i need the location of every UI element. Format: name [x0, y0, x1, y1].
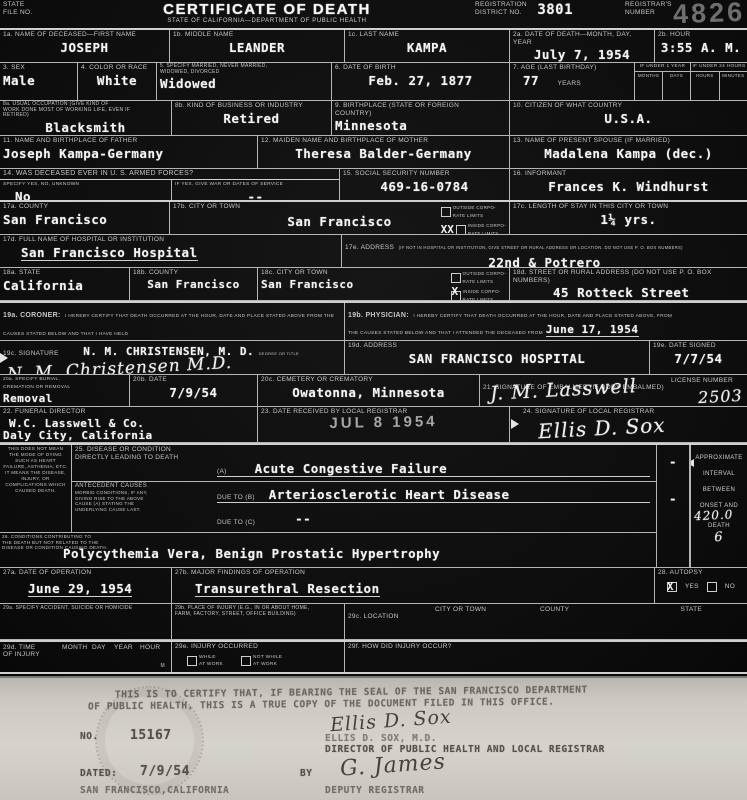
row-time-of-injury: 29d. TIME OF INJURY MONTH DAY YEAR HOUR …: [0, 640, 747, 674]
field-usual-occupation-value: Blacksmith: [3, 120, 168, 135]
field-burial-type-value: Removal: [3, 392, 126, 405]
row-accident: 29a. SPECIFY ACCIDENT, SUICIDE OR HOMICI…: [0, 604, 747, 640]
cause-c-line: DUE TO (C) --: [217, 510, 650, 526]
cause-c-value: --: [295, 511, 311, 526]
field-armed-forces-answer: SPECIFY YES, NO, UNKNOWN No: [0, 180, 172, 201]
coroner-heading: 19a. CORONER:: [3, 312, 61, 319]
field-date-of-birth-label: 6. DATE OF BIRTH: [335, 64, 506, 72]
minutes-subcolumn-label: MINUTES: [720, 72, 747, 80]
print-marker-arrow: [511, 419, 519, 429]
field-hospital-name: 17d. FULL NAME OF HOSPITAL OR INSTITUTIO…: [0, 235, 342, 267]
field-hospital-address: 17e. ADDRESS (IF NOT IN HOSPITAL OR INST…: [342, 235, 747, 267]
field-first-name-value: JOSEPH: [3, 40, 166, 55]
field-place-of-injury: 29b. PLACE OF INJURY (E.G., IN OR ABOUT …: [172, 604, 345, 639]
injury-hour-label: HOUR: [140, 644, 160, 652]
residence-outside-limits-label: OUTSIDE CORPO- RATE LIMITS: [463, 270, 506, 285]
row-name: 1a. NAME OF DECEASED—FIRST NAME JOSEPH 1…: [0, 30, 747, 63]
field-date-signed: 19e. DATE SIGNED 7/7/54: [650, 341, 747, 374]
field-age-under-1-year-label: IF UNDER 1 YEAR: [635, 63, 690, 72]
months-subcolumn-label: MONTHS: [635, 72, 662, 80]
field-length-of-stay-label: 17c. LENGTH OF STAY IN THIS CITY OR TOWN: [513, 203, 744, 211]
interval-dash-column: - -: [656, 445, 690, 567]
field-burial-type: 20a. SPECIFY BURIAL, CREMATION OR REMOVA…: [0, 375, 130, 406]
license-number-label: LICENSE NUMBER: [671, 377, 733, 385]
cause-b-value: Arteriosclerotic Heart Disease: [269, 487, 510, 502]
field-26-conditions: 26. CONDITIONS CONTRIBUTING TO THE DEATH…: [0, 533, 656, 567]
by-label: BY: [300, 768, 312, 779]
field-spouse-label: 13. NAME OF PRESENT SPOUSE (IF MARRIED): [513, 137, 744, 145]
field-burial-date: 20b. DATE 7/9/54: [130, 375, 258, 406]
injury-state-label: STATE: [681, 606, 702, 614]
field-hour-of-death-value: 3:55 A. M.: [658, 40, 744, 55]
physician-attended-to-date: July 7, 1954: [358, 339, 443, 340]
field-major-findings-label: 27b. MAJOR FINDINGS OF OPERATION: [175, 569, 651, 577]
field-25-disease: THIS DOES NOT MEAN THE MODE OF DYING SUC…: [0, 445, 656, 533]
field-business-or-industry-value: Retired: [175, 111, 328, 126]
field-funeral-director-label: 22. FUNERAL DIRECTOR: [3, 408, 254, 416]
field-autopsy-label: 28. AUTOPSY: [658, 569, 744, 577]
field-length-of-stay: 17c. LENGTH OF STAY IN THIS CITY OR TOWN…: [510, 202, 747, 234]
disease-condition-label: 25. DISEASE OR CONDITION DIRECTLY LEADIN…: [75, 446, 214, 461]
field-father-value: Joseph Kampa-Germany: [3, 146, 254, 161]
autopsy-yes-label: YES: [685, 583, 699, 591]
registration-district-label: REGISTRATION DISTRICT NO.: [475, 1, 527, 16]
field-armed-forces-answer-value: No: [15, 189, 168, 200]
field-hospital-name-label: 17d. FULL NAME OF HOSPITAL OR INSTITUTIO…: [3, 236, 338, 244]
autopsy-yes-mark: X: [667, 580, 674, 593]
field-armed-forces-answer-label: SPECIFY YES, NO, UNKNOWN: [3, 181, 168, 189]
field-first-name-label: 1a. NAME OF DECEASED—FIRST NAME: [3, 31, 166, 39]
physician-heading: 19b. PHYSICIAN:: [348, 312, 409, 319]
cause-b-tag: DUE TO (B): [217, 494, 255, 502]
field-sex: 3. SEX Male: [0, 63, 78, 100]
row-hospital: 17d. FULL NAME OF HOSPITAL OR INSTITUTIO…: [0, 235, 747, 268]
field-armed-forces: 14. WAS DECEASED EVER IN U. S. ARMED FOR…: [0, 169, 340, 200]
field-ssn-label: 15. SOCIAL SECURITY NUMBER: [343, 170, 506, 178]
conditions-contributing-value: Polycythemia Vera, Benign Prostatic Hype…: [63, 546, 653, 561]
field-ssn-value: 469-16-0784: [343, 179, 506, 194]
field-major-findings-value: Transurethral Resection: [195, 581, 380, 597]
field-date-of-operation: 27a. DATE OF OPERATION June 29, 1954: [0, 568, 172, 603]
field-accident-type-label: 29a. SPECIFY ACCIDENT, SUICIDE OR HOMICI…: [3, 605, 168, 613]
field-coroner-statement: 19a. CORONER: I HEREBY CERTIFY THAT DEAT…: [0, 303, 345, 340]
residence-inside-limits-checkbox: X: [451, 291, 461, 301]
field-autopsy: 28. AUTOPSY X YES NO: [655, 568, 747, 603]
receipt-city-line: SAN FRANCISCO,CALIFORNIA: [80, 785, 229, 796]
injury-county-label: COUNTY: [540, 606, 569, 614]
date-received-stamp: JUL 8 1954: [261, 411, 506, 432]
cause-a-tag: (A): [217, 468, 227, 476]
field-physician-signature: 19c. SIGNATURE N. M. CHRISTENSEN, M. D. …: [0, 341, 345, 374]
field-last-name: 1c. LAST NAME KAMPA: [345, 30, 510, 62]
field-age: 7. AGE (LAST BIRTHDAY) 77 YEARS: [510, 63, 635, 100]
field-date-received: 23. DATE RECEIVED BY LOCAL REGISTRAR JUL…: [258, 407, 510, 442]
injury-month-label: MONTH: [62, 644, 87, 652]
field-father: 11. NAME AND BIRTHPLACE OF FATHER Joseph…: [0, 136, 258, 168]
field-first-name: 1a. NAME OF DECEASED—FIRST NAME JOSEPH: [0, 30, 170, 62]
field-cemetery-value: Owatonna, Minnesota: [261, 385, 476, 400]
antecedent-causes-note: MORBID CONDITIONS, IF ANY, GIVING RISE T…: [75, 490, 214, 512]
row-operation: 27a. DATE OF OPERATION June 29, 1954 27b…: [0, 568, 747, 604]
field-color-or-race-value: White: [81, 73, 153, 88]
field-middle-name-label: 1b. MIDDLE NAME: [173, 31, 341, 39]
injury-day-label: DAY: [92, 644, 106, 652]
days-subcolumn-label: DAYS: [663, 72, 690, 80]
certificate-form: STATE FILE NO. CERTIFICATE OF DEATH STAT…: [0, 0, 747, 678]
disease-label-cell: 25. DISEASE OR CONDITION DIRECTLY LEADIN…: [72, 445, 217, 481]
outside-limits-checkbox: [441, 207, 451, 217]
antecedent-label-cell: ANTECEDENT CAUSES MORBID CONDITIONS, IF …: [72, 482, 217, 532]
field-hour-of-death-label: 2b. HOUR: [658, 31, 744, 39]
inside-limits-checkbox: [456, 225, 466, 235]
interval-handwritten-code: 420.0: [694, 507, 745, 524]
field-burial-type-label: 20a. SPECIFY BURIAL, CREMATION OR REMOVA…: [3, 376, 126, 391]
not-while-at-work-label: NOT WHILE AT WORK: [253, 654, 282, 669]
print-marker-arrow: [0, 353, 8, 363]
row-parents: 11. NAME AND BIRTHPLACE OF FATHER Joseph…: [0, 136, 747, 169]
field-color-or-race: 4. COLOR OR RACE White: [78, 63, 157, 100]
field-citizenship-value: U.S.A.: [513, 111, 744, 126]
field-time-of-injury: 29d. TIME OF INJURY MONTH DAY YEAR HOUR …: [0, 642, 172, 672]
interval-dash-a: -: [660, 454, 686, 469]
field-death-city: 17b. CITY OR TOWN San Francisco OUTSIDE …: [170, 202, 510, 234]
row-service-ssn: 14. WAS DECEASED EVER IN U. S. ARMED FOR…: [0, 169, 747, 202]
field-time-of-injury-label: 29d. TIME OF INJURY: [3, 644, 40, 659]
inside-limits-mark: XX: [441, 227, 454, 233]
field-local-registrar-signature: 24. SIGNATURE OF LOCAL REGISTRAR Ellis D…: [510, 407, 747, 442]
while-at-work-label: WHILE AT WORK: [199, 654, 223, 669]
title-block: CERTIFICATE OF DEATH STATE OF CALIFORNIA…: [62, 0, 472, 28]
not-while-at-work-checkbox: [241, 656, 251, 666]
field-hospital-address-value: 22nd & Potrero: [345, 255, 744, 267]
field-mother-value: Theresa Balder-Germany: [261, 146, 506, 161]
field-hour-of-death: 2b. HOUR 3:55 A. M.: [655, 30, 747, 62]
field-date-of-death: 2a. DATE OF DEATH—MONTH, DAY, YEAR July …: [510, 30, 655, 62]
conditions-contributing-cell: 26. CONDITIONS CONTRIBUTING TO THE DEATH…: [0, 533, 656, 567]
cause-left-margin-note: THIS DOES NOT MEAN THE MODE OF DYING SUC…: [0, 445, 72, 532]
field-last-name-value: KAMPA: [348, 40, 506, 55]
field-spouse: 13. NAME OF PRESENT SPOUSE (IF MARRIED) …: [510, 136, 747, 168]
cause-b-line: DUE TO (B) Arteriosclerotic Heart Diseas…: [217, 486, 650, 503]
interval-margin-text: APPROXIMATE INTERVAL BETWEEN ONSET AND: [694, 454, 744, 510]
field-death-county-value: San Francisco: [3, 212, 166, 227]
field-age-unit: YEARS: [558, 80, 582, 88]
embalmer-license-value: 2503: [698, 386, 744, 406]
field-accident-type: 29a. SPECIFY ACCIDENT, SUICIDE OR HOMICI…: [0, 604, 172, 639]
field-birthplace: 9. BIRTHPLACE (STATE OR FOREIGN COUNTRY)…: [332, 101, 510, 135]
field-residence-state: 18a. STATE California: [0, 268, 130, 300]
field-last-name-label: 1c. LAST NAME: [348, 31, 506, 39]
cause-a-value: Acute Congestive Failure: [255, 461, 448, 476]
field-residence-state-value: California: [3, 278, 126, 293]
field-physician-statement: 19b. PHYSICIAN: I HEREBY CERTIFY THAT DE…: [345, 303, 747, 340]
field-physician-signature-label: 19c. SIGNATURE: [3, 350, 59, 357]
field-citizenship-label: 10. CITIZEN OF WHAT COUNTRY: [513, 102, 744, 110]
field-ssn: 15. SOCIAL SECURITY NUMBER 469-16-0784: [340, 169, 510, 200]
field-age-under-24-hours-label: IF UNDER 24 HOURS: [691, 63, 747, 72]
inside-limits-label: INSIDE CORPO- RATE LIMITS: [468, 222, 506, 234]
field-burial-date-value: 7/9/54: [133, 385, 254, 400]
field-war-dates-value: --: [175, 189, 336, 200]
dated-label: DATED:: [80, 768, 117, 779]
row-disposition: 20a. SPECIFY BURIAL, CREMATION OR REMOVA…: [0, 375, 747, 407]
field-informant-label: 16. INFORMANT: [513, 170, 744, 178]
field-residence-state-label: 18a. STATE: [3, 269, 126, 277]
cause-a-line: (A) Acute Congestive Failure: [217, 447, 650, 477]
field-armed-forces-label: 14. WAS DECEASED EVER IN U. S. ARMED FOR…: [0, 169, 339, 180]
registration-district: REGISTRATION DISTRICT NO. 3801: [472, 0, 622, 28]
field-marital-status: 5. SPECIFY MARRIED, NEVER MARRIED, WIDOW…: [157, 63, 332, 100]
field-date-of-birth: 6. DATE OF BIRTH Feb. 27, 1877: [332, 63, 510, 100]
residence-inside-limits-label: INSIDE CORPO- RATE LIMITS: [463, 288, 501, 300]
field-cemetery-label: 20c. CEMETERY OR CREMATORY: [261, 376, 476, 384]
antecedent-causes-label: ANTECEDENT CAUSES: [75, 483, 214, 491]
cause-c-tag: DUE TO (C): [217, 519, 255, 527]
physician-text-2: THE CAUSES STATED BELOW AND THAT I ATTEN…: [348, 330, 543, 338]
autopsy-yes-checkbox: X: [667, 582, 677, 592]
hours-subcolumn-label: HOURS: [691, 72, 719, 80]
field-usual-occupation: 8a. USUAL OCCUPATION (GIVE KIND OF WORK …: [0, 101, 172, 135]
field-injury-location-label: 29c. LOCATION: [348, 613, 399, 620]
injury-city-label: CITY OR TOWN: [435, 606, 486, 614]
field-age-value: 77: [523, 73, 539, 88]
field-date-of-death-value: July 7, 1954: [513, 47, 651, 62]
field-how-injury-occurred: 29f. HOW DID INJURY OCCUR?: [345, 642, 747, 672]
dated-value: 7/9/54: [140, 764, 190, 779]
injury-meridiem-label: M: [161, 663, 165, 671]
field-embalmer: 21. SIGNATURE OF EMBALMER (IF BODY EMBAL…: [480, 375, 747, 406]
row-demographics: 3. SEX Male 4. COLOR OR RACE White 5. SP…: [0, 63, 747, 101]
field-date-signed-value: 7/7/54: [653, 351, 744, 366]
row-physician-signature: 19c. SIGNATURE N. M. CHRISTENSEN, M. D. …: [0, 341, 747, 375]
physician-attended-from-date: June 17, 1954: [546, 323, 639, 337]
field-sex-label: 3. SEX: [3, 64, 74, 72]
field-war-dates: IF YES, GIVE WAR OR DATES OF SERVICE --: [172, 180, 339, 201]
director-title-line: DIRECTOR OF PUBLIC HEALTH AND LOCAL REGI…: [325, 744, 605, 755]
field-date-of-operation-label: 27a. DATE OF OPERATION: [3, 569, 168, 577]
field-hospital-address-label: 17e. ADDRESS: [345, 244, 394, 251]
field-birthplace-label: 9. BIRTHPLACE (STATE OR FOREIGN COUNTRY): [335, 102, 506, 117]
field-usual-occupation-label: 8a. USUAL OCCUPATION (GIVE KIND OF WORK …: [3, 102, 168, 119]
field-major-findings: 27b. MAJOR FINDINGS OF OPERATION Transur…: [172, 568, 655, 603]
page-title: CERTIFICATE OF DEATH: [65, 1, 469, 18]
section-cause-of-death: THIS DOES NOT MEAN THE MODE OF DYING SUC…: [0, 443, 747, 568]
autopsy-no-label: NO: [725, 583, 735, 591]
certificate-no-value: 15167: [130, 728, 172, 743]
certificate-no-label: NO.: [80, 731, 99, 742]
field-marital-status-value: Widowed: [160, 76, 328, 91]
field-cemetery: 20c. CEMETERY OR CREMATORY Owatonna, Min…: [258, 375, 480, 406]
field-informant: 16. INFORMANT Frances K. Windhurst: [510, 169, 747, 200]
field-physician-address: 19d. ADDRESS SAN FRANCISCO HOSPITAL: [345, 341, 650, 374]
field-injury-occurred: 29e. INJURY OCCURRED WHILE AT WORK NOT W…: [172, 642, 345, 672]
certification-stamp-area: THIS IS TO CERTIFY THAT, IF BEARING THE …: [0, 678, 747, 800]
field-age-label: 7. AGE (LAST BIRTHDAY): [513, 64, 631, 72]
cause-left-margin-text: THIS DOES NOT MEAN THE MODE OF DYING SUC…: [3, 446, 68, 494]
registrars-number-stamp: 4826: [672, 0, 745, 28]
injury-year-label: YEAR: [114, 644, 133, 652]
field-funeral-director: 22. FUNERAL DIRECTOR W.C. Lasswell & Co.…: [0, 407, 258, 442]
row-residence: 18a. STATE California 18b. COUNTY San Fr…: [0, 268, 747, 301]
field-hospital-address-sublabel: (IF NOT IN HOSPITAL OR INSTITUTION, GIVE…: [399, 245, 683, 250]
field-residence-county: 18b. COUNTY San Francisco: [130, 268, 258, 300]
field-informant-value: Frances K. Windhurst: [513, 179, 744, 194]
field-physician-address-label: 19d. ADDRESS: [348, 342, 646, 350]
row-occupation: 8a. USUAL OCCUPATION (GIVE KIND OF WORK …: [0, 101, 747, 136]
field-marital-status-label: 5. SPECIFY MARRIED, NEVER MARRIED, WIDOW…: [160, 64, 328, 75]
physician-text-1: I HEREBY CERTIFY THAT DEATH OCCURRED AT …: [413, 314, 672, 319]
director-typed-name: ELLIS D. SOX, M.D.: [325, 733, 437, 744]
director-signature-script: Ellis D. Sox: [329, 706, 452, 736]
row-funeral-director: 22. FUNERAL DIRECTOR W.C. Lasswell & Co.…: [0, 407, 747, 443]
field-business-or-industry: 8b. KIND OF BUSINESS OR INDUSTRY Retired: [172, 101, 332, 135]
field-death-county: 17a. COUNTY San Francisco: [0, 202, 170, 234]
field-street-address: 18d. STREET OR RURAL ADDRESS (DO NOT USE…: [510, 268, 747, 300]
residence-inside-limits-mark: X: [452, 289, 459, 295]
field-date-signed-label: 19e. DATE SIGNED: [653, 342, 744, 350]
field-injury-location: 29c. LOCATION CITY OR TOWN COUNTY STATE: [345, 604, 747, 639]
field-place-of-injury-label: 29b. PLACE OF INJURY (E.G., IN OR ABOUT …: [175, 605, 341, 617]
print-marker-arrow: [690, 459, 694, 467]
field-street-address-value: 45 Rotteck Street: [553, 285, 689, 300]
embalmer-signature-script: J. M. Lasswell: [490, 375, 638, 405]
field-residence-city: 18c. CITY OR TOWN San Francisco OUTSIDE …: [258, 268, 510, 300]
field-middle-name-value: LEANDER: [173, 40, 341, 55]
field-business-or-industry-label: 8b. KIND OF BUSINESS OR INDUSTRY: [175, 102, 328, 110]
page-subtitle: STATE OF CALIFORNIA—DEPARTMENT OF PUBLIC…: [65, 18, 469, 24]
field-physician-address-value: SAN FRANCISCO HOSPITAL: [348, 351, 646, 366]
interval-margin-column: APPROXIMATE INTERVAL BETWEEN ONSET AND 4…: [690, 445, 747, 567]
interval-handwritten-code-2: 6: [694, 529, 745, 547]
field-spouse-value: Madalena Kampa (dec.): [513, 146, 744, 161]
physician-last-seen-date: July 7, 1954: [575, 339, 660, 340]
autopsy-no-checkbox: [707, 582, 717, 592]
field-sex-value: Male: [3, 73, 74, 88]
registrars-number: REGISTRAR'S NUMBER 4826: [622, 0, 747, 28]
field-birthplace-value: Minnesota: [335, 118, 506, 133]
field-death-county-label: 17a. COUNTY: [3, 203, 166, 211]
field-citizenship: 10. CITIZEN OF WHAT COUNTRY U.S.A.: [510, 101, 747, 135]
row-certification: 19a. CORONER: I HEREBY CERTIFY THAT DEAT…: [0, 301, 747, 341]
field-date-of-birth-value: Feb. 27, 1877: [335, 73, 506, 88]
registrars-number-label: REGISTRAR'S NUMBER: [625, 1, 672, 16]
field-mother-label: 12. MAIDEN NAME AND BIRTHPLACE OF MOTHER: [261, 137, 506, 145]
field-residence-county-value: San Francisco: [133, 278, 254, 291]
field-date-of-operation-value: June 29, 1954: [28, 581, 132, 597]
state-file-label: STATE FILE NO.: [3, 1, 59, 16]
outside-limits-label: OUTSIDE CORPO- RATE LIMITS: [453, 204, 496, 219]
field-injury-occurred-label: 29e. INJURY OCCURRED: [175, 643, 341, 651]
field-middle-name: 1b. MIDDLE NAME LEANDER: [170, 30, 345, 62]
field-color-or-race-label: 4. COLOR OR RACE: [81, 64, 153, 72]
field-residence-county-label: 18b. COUNTY: [133, 269, 254, 277]
while-at-work-checkbox: [187, 656, 197, 666]
field-burial-date-label: 20b. DATE: [133, 376, 254, 384]
field-war-dates-label: IF YES, GIVE WAR OR DATES OF SERVICE: [175, 181, 336, 189]
field-length-of-stay-value: 1¼ yrs.: [513, 212, 744, 227]
deputy-registrar-title: DEPUTY REGISTRAR: [325, 785, 425, 796]
interval-dash-b: -: [660, 491, 686, 506]
field-hospital-name-value: San Francisco Hospital: [21, 245, 198, 261]
field-date-of-death-label: 2a. DATE OF DEATH—MONTH, DAY, YEAR: [513, 31, 651, 46]
form-header: STATE FILE NO. CERTIFICATE OF DEATH STAT…: [0, 0, 747, 30]
field-age-under-24-hours: IF UNDER 24 HOURS HOURS MINUTES: [691, 63, 747, 100]
field-how-injury-occurred-label: 29f. HOW DID INJURY OCCUR?: [348, 643, 744, 651]
registration-district-value: 3801: [537, 2, 573, 18]
field-street-address-label: 18d. STREET OR RURAL ADDRESS (DO NOT USE…: [513, 269, 744, 284]
conditions-contributing-label: 26. CONDITIONS CONTRIBUTING TO THE DEATH…: [2, 534, 108, 551]
field-age-under-1-year: IF UNDER 1 YEAR MONTHS DAYS: [635, 63, 691, 100]
field-father-label: 11. NAME AND BIRTHPLACE OF FATHER: [3, 137, 254, 145]
field-mother: 12. MAIDEN NAME AND BIRTHPLACE OF MOTHER…: [258, 136, 510, 168]
field-funeral-director-city: Daly City, California: [3, 429, 254, 442]
state-file-no: STATE FILE NO.: [0, 0, 62, 28]
residence-outside-limits-checkbox: [451, 273, 461, 283]
row-place-of-death: 17a. COUNTY San Francisco 17b. CITY OR T…: [0, 202, 747, 235]
death-certificate-document: STATE FILE NO. CERTIFICATE OF DEATH STAT…: [0, 0, 747, 800]
